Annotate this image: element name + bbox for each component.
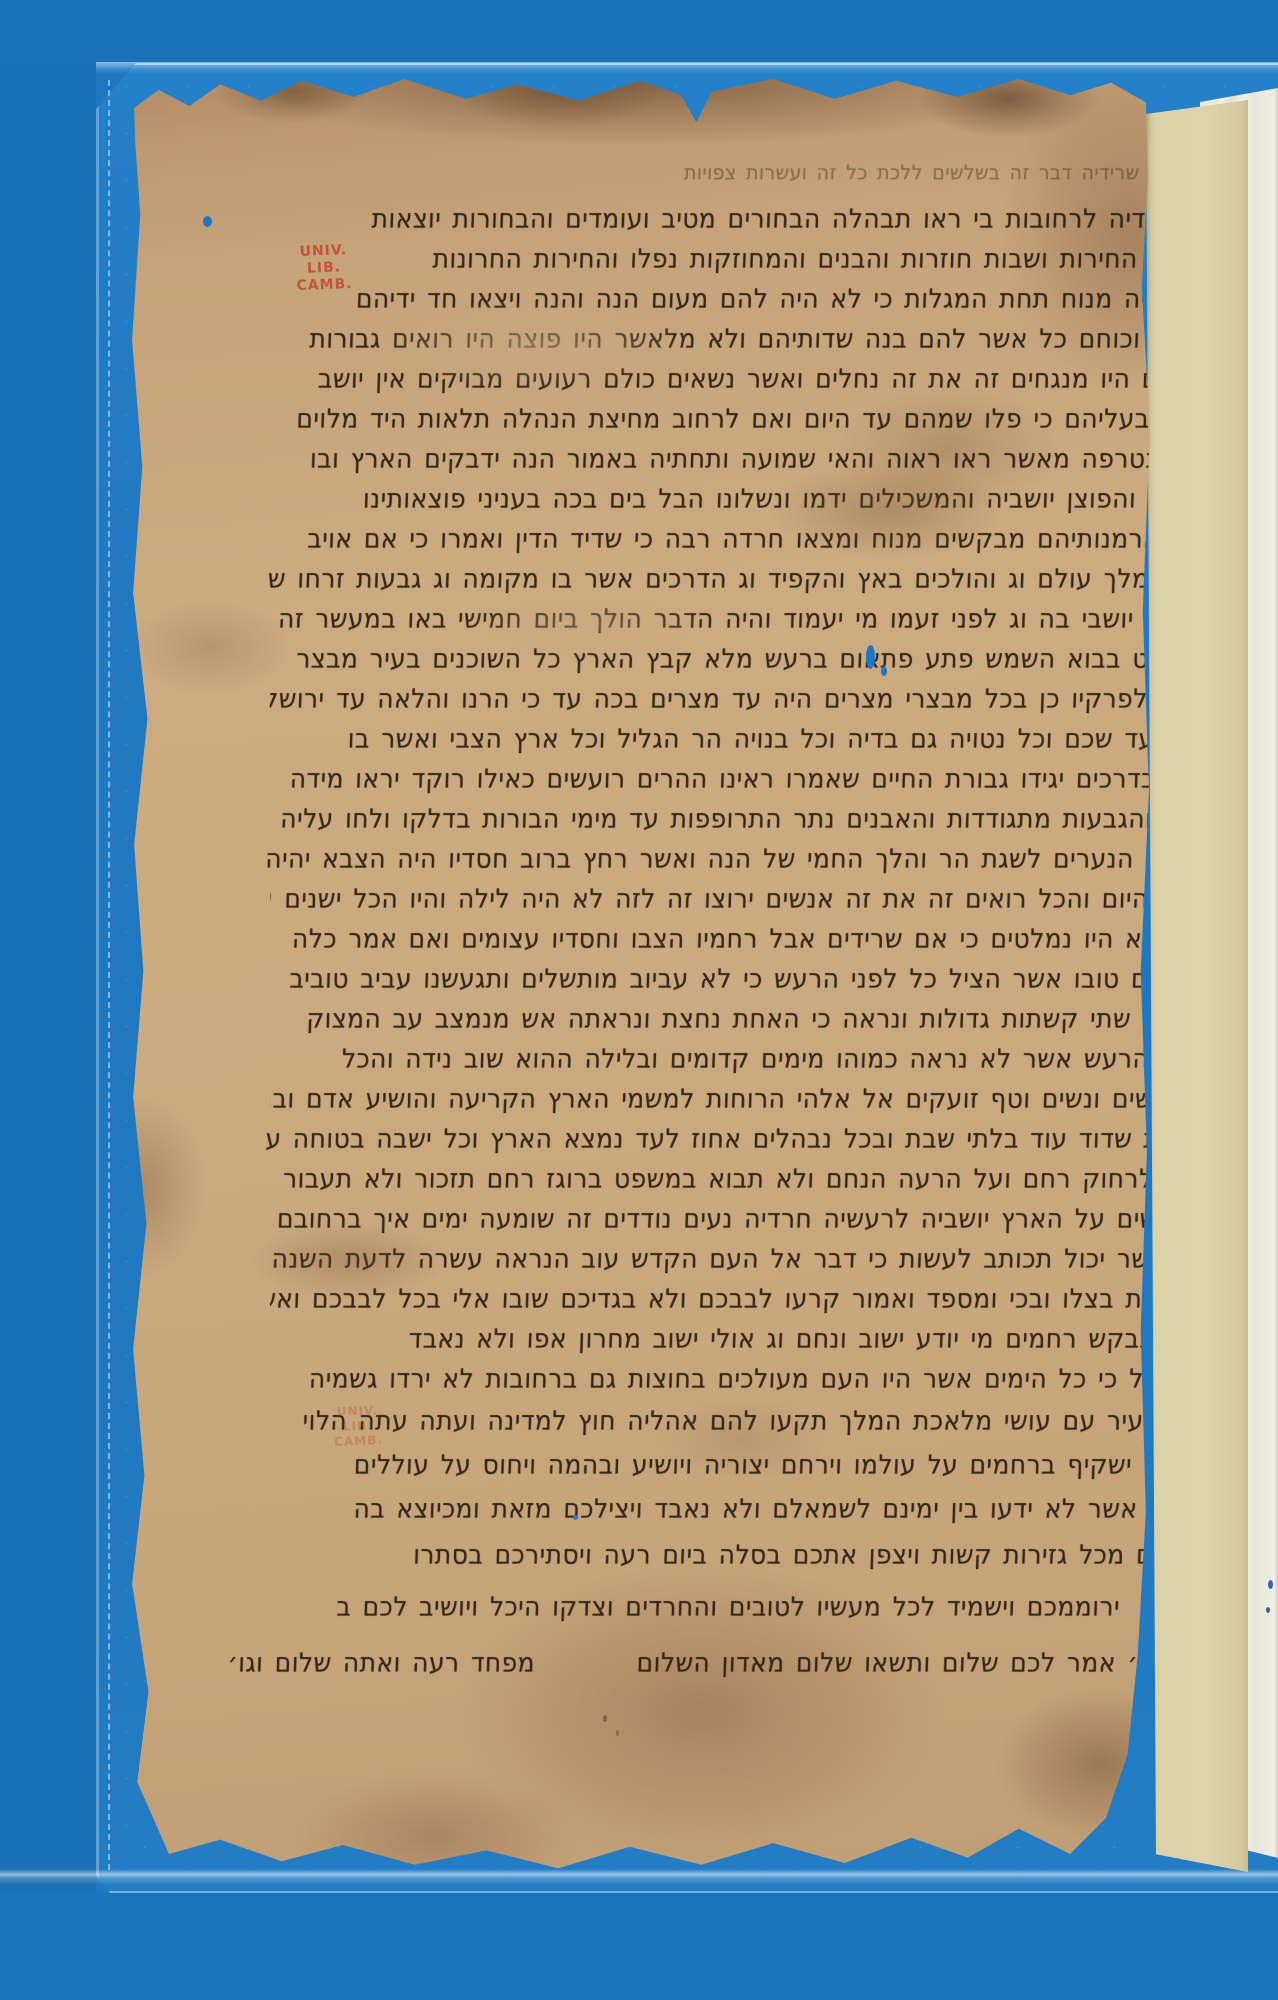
stamp-line: CAMB. bbox=[292, 276, 357, 295]
manuscript-line: ויונקים ועל אשר לא ידעו בין ימינם לשמאלם… bbox=[269, 1493, 1270, 1524]
ink-speck bbox=[603, 1715, 607, 1722]
parchment-hole bbox=[866, 645, 875, 669]
manuscript-line: וכל עליה עד שכם וכל נטויה גם בדיה וכל בנ… bbox=[265, 723, 1270, 754]
blue-ink-spot bbox=[1266, 1607, 1270, 1613]
manuscript-line: ביתה וקברות בצלו ובכי ומספד ואמור קרעו ל… bbox=[269, 1283, 1270, 1314]
manuscript-line: עד ביתיהם הנערים לשגת הר והלך החמי של הנ… bbox=[263, 843, 1270, 874]
manuscript-line: בחוצות אנשים ונשים וטף זועקים אל אלהי הר… bbox=[269, 1083, 1270, 1114]
manuscript-line: והנמהר גדול כי כל הימים אשר היו העם מעול… bbox=[269, 1363, 1270, 1394]
parchment-hole bbox=[203, 216, 212, 227]
blue-ink-spot bbox=[1268, 1580, 1273, 1589]
parchment-fragment: וכשמוע שרידיה דבר זה בשלשים ללכת כל זה ו… bbox=[128, 70, 1152, 1872]
library-stamp: UNIV. LIB. CAMB. bbox=[291, 242, 357, 295]
library-stamp-faint: UNIV. LIB. CAMB. bbox=[327, 1403, 389, 1450]
manuscript-line: חרדות לבשים על הארץ יושביה לרעשיה חרדיה … bbox=[267, 1203, 1270, 1234]
manuscript-line: נהישות ורביה מנוח תחת המגלות כי לא היה ל… bbox=[269, 283, 1270, 314]
manuscript-line: מטותיהם לא היו נמלטים כי אם שרידים אבל ר… bbox=[265, 923, 1270, 954]
manuscript-line: ההיא היה הרעש אשר לא נראה כמוהו מימים קד… bbox=[267, 1043, 1270, 1074]
manuscript-line: מהמלכים בדרכים יגידו גבורת החיים שאמרו ר… bbox=[269, 763, 1270, 794]
parchment-hole bbox=[573, 1515, 578, 1520]
stamp-line: UNIV. bbox=[291, 242, 356, 261]
manuscript-line: עד כי פצו לפרקיו כן בכל מבצרי מצרים היה … bbox=[269, 683, 1270, 714]
manuscript-line: ואומללו כל יושבי בה וג לפני זעמו מי יעמו… bbox=[269, 603, 1270, 634]
manuscript-line: ירוממכם וישמיד לכל מעשיו לטובים והחרדים … bbox=[119, 1591, 1270, 1622]
manuscript-line: גם מושל העיר עם עושי מלאכת המלך תקעו להם… bbox=[267, 1405, 1270, 1436]
stamp-line: CAMB. bbox=[328, 1433, 388, 1450]
manuscript-line: מתבצעות והגבעות מתגודדות והאבנים נתר התר… bbox=[267, 803, 1270, 834]
manuscript-line: בצאתם מארמנותיהם מבקשים מנוח ומצאו חרדה … bbox=[269, 523, 1270, 554]
manuscript-line: לחודש שבט בבוא השמש פתע פתאום ברעש מלא ק… bbox=[263, 643, 1270, 674]
manuscript-line: ויצאו פנוה והפוצן יושביה והמשכילים ידמו … bbox=[261, 483, 1270, 514]
manuscript-line: יצאו מן הבדיה לרחובות בי ראו תבהלה הבחור… bbox=[269, 203, 1270, 234]
manuscript-line: אלהי עולם ישקיף ברחמים על עולמו וירחם יצ… bbox=[263, 1449, 1270, 1480]
blue-board-top-margin bbox=[0, 0, 1278, 63]
manuscript-line: בם רואים בעליהם כי פלו שמהם עד היום ואם … bbox=[265, 403, 1270, 434]
manuscript-line: טרם פנות היום והכל רואים זה את זה אנשים … bbox=[269, 883, 1270, 914]
manuscript-line: קול גדול ולרחוק רחם ועל הרעה הנחם ולא תב… bbox=[269, 1163, 1270, 1194]
manuscript-line: בערב שבת שדוד עוד בלתי שבת ובכל נבהלים א… bbox=[264, 1123, 1270, 1154]
blue-board-left-margin bbox=[0, 0, 96, 2000]
photograph-of-manuscript: וכשמוע שרידיה דבר זה בשלשים ללכת כל זה ו… bbox=[0, 0, 1278, 2000]
ink-speck bbox=[616, 1730, 619, 1736]
manuscript-line: יי׳ אמר לכם שלום ותשאו שלום מאדון השלום … bbox=[149, 1647, 1270, 1678]
manuscript-line: גם הדעת נטרפה מאשר ראו ראוה והאי שמועה ו… bbox=[269, 443, 1270, 474]
manuscript-line: וכשמוע שרידיה דבר זה בשלשים ללכת כל זה ו… bbox=[210, 161, 1271, 184]
manuscript-line: לא יעשה גם טובו אשר הציל כל לפני הרעש כי… bbox=[269, 963, 1270, 994]
manuscript-line: ויסתיר בכם מכל גזירות קשות ויצפן אתכם בס… bbox=[259, 1539, 1270, 1570]
parchment-hole bbox=[881, 666, 887, 676]
sleeve-stitched-seam bbox=[108, 80, 110, 1870]
manuscript-line: עביב ונראו שתי קשתות גדולות ונראה כי האח… bbox=[261, 1003, 1270, 1034]
sleeve-bottom-edge-highlight bbox=[0, 1869, 1278, 1885]
blue-board-bottom-margin bbox=[0, 1893, 1278, 2000]
sleeve-top-edge-highlight bbox=[96, 62, 1278, 74]
manuscript-line: נפרדות מן החירות ושבות חוזרות והבנים והמ… bbox=[263, 243, 1270, 274]
manuscript-line: אליכם וג ונבקש רחמים מי יודע ישוב ונחם ו… bbox=[265, 1323, 1270, 1354]
cream-paper-stub bbox=[1146, 98, 1248, 1872]
manuscript-line: צ׳ק חייב ומלך עולם וג והולכים באץ והקפיד… bbox=[266, 563, 1270, 594]
manuscript-line: שוקטה ואשר יכול תכותב לעשות כי דבר אל הע… bbox=[261, 1243, 1270, 1274]
manuscript-line: על הגדולים היו מנגחים זה את זה נחלים ואש… bbox=[269, 363, 1270, 394]
manuscript-line: על פניהם וכוחם כל אשר להם בנה שדותיהם ול… bbox=[259, 323, 1270, 354]
manuscript-text-block: וכשמוע שרידיה דבר זה בשלשים ללכת כל זה ו… bbox=[270, 70, 1270, 1872]
